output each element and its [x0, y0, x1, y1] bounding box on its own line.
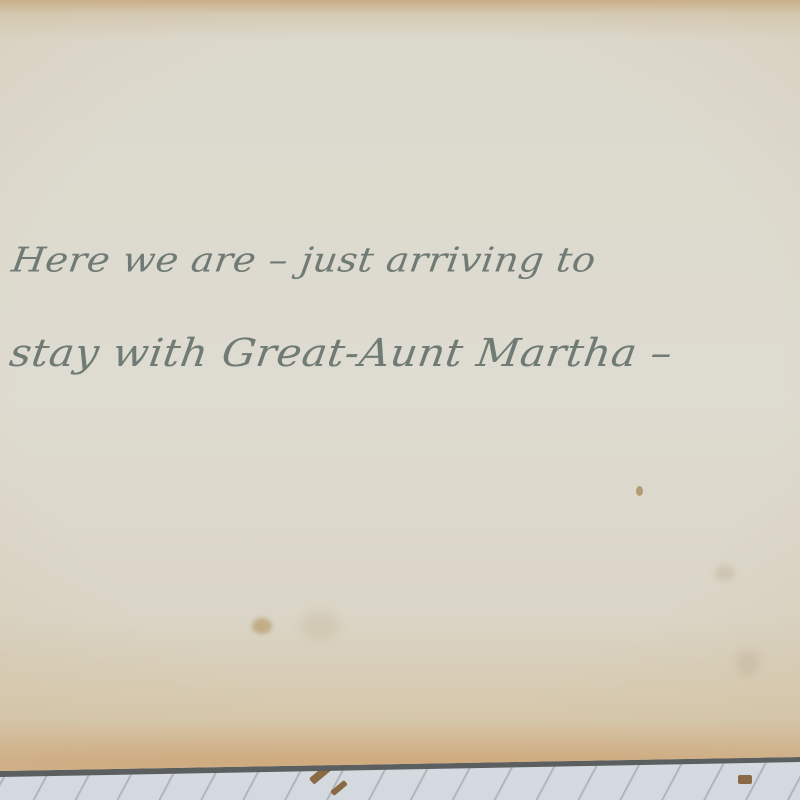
photo-scene: Here we are – just arriving to stay with… — [0, 0, 800, 800]
note-line-1: Here we are – just arriving to — [9, 240, 598, 280]
note-line-2: stay with Great-Aunt Martha – — [7, 330, 676, 375]
handwritten-note: Here we are – just arriving to stay with… — [0, 0, 800, 800]
